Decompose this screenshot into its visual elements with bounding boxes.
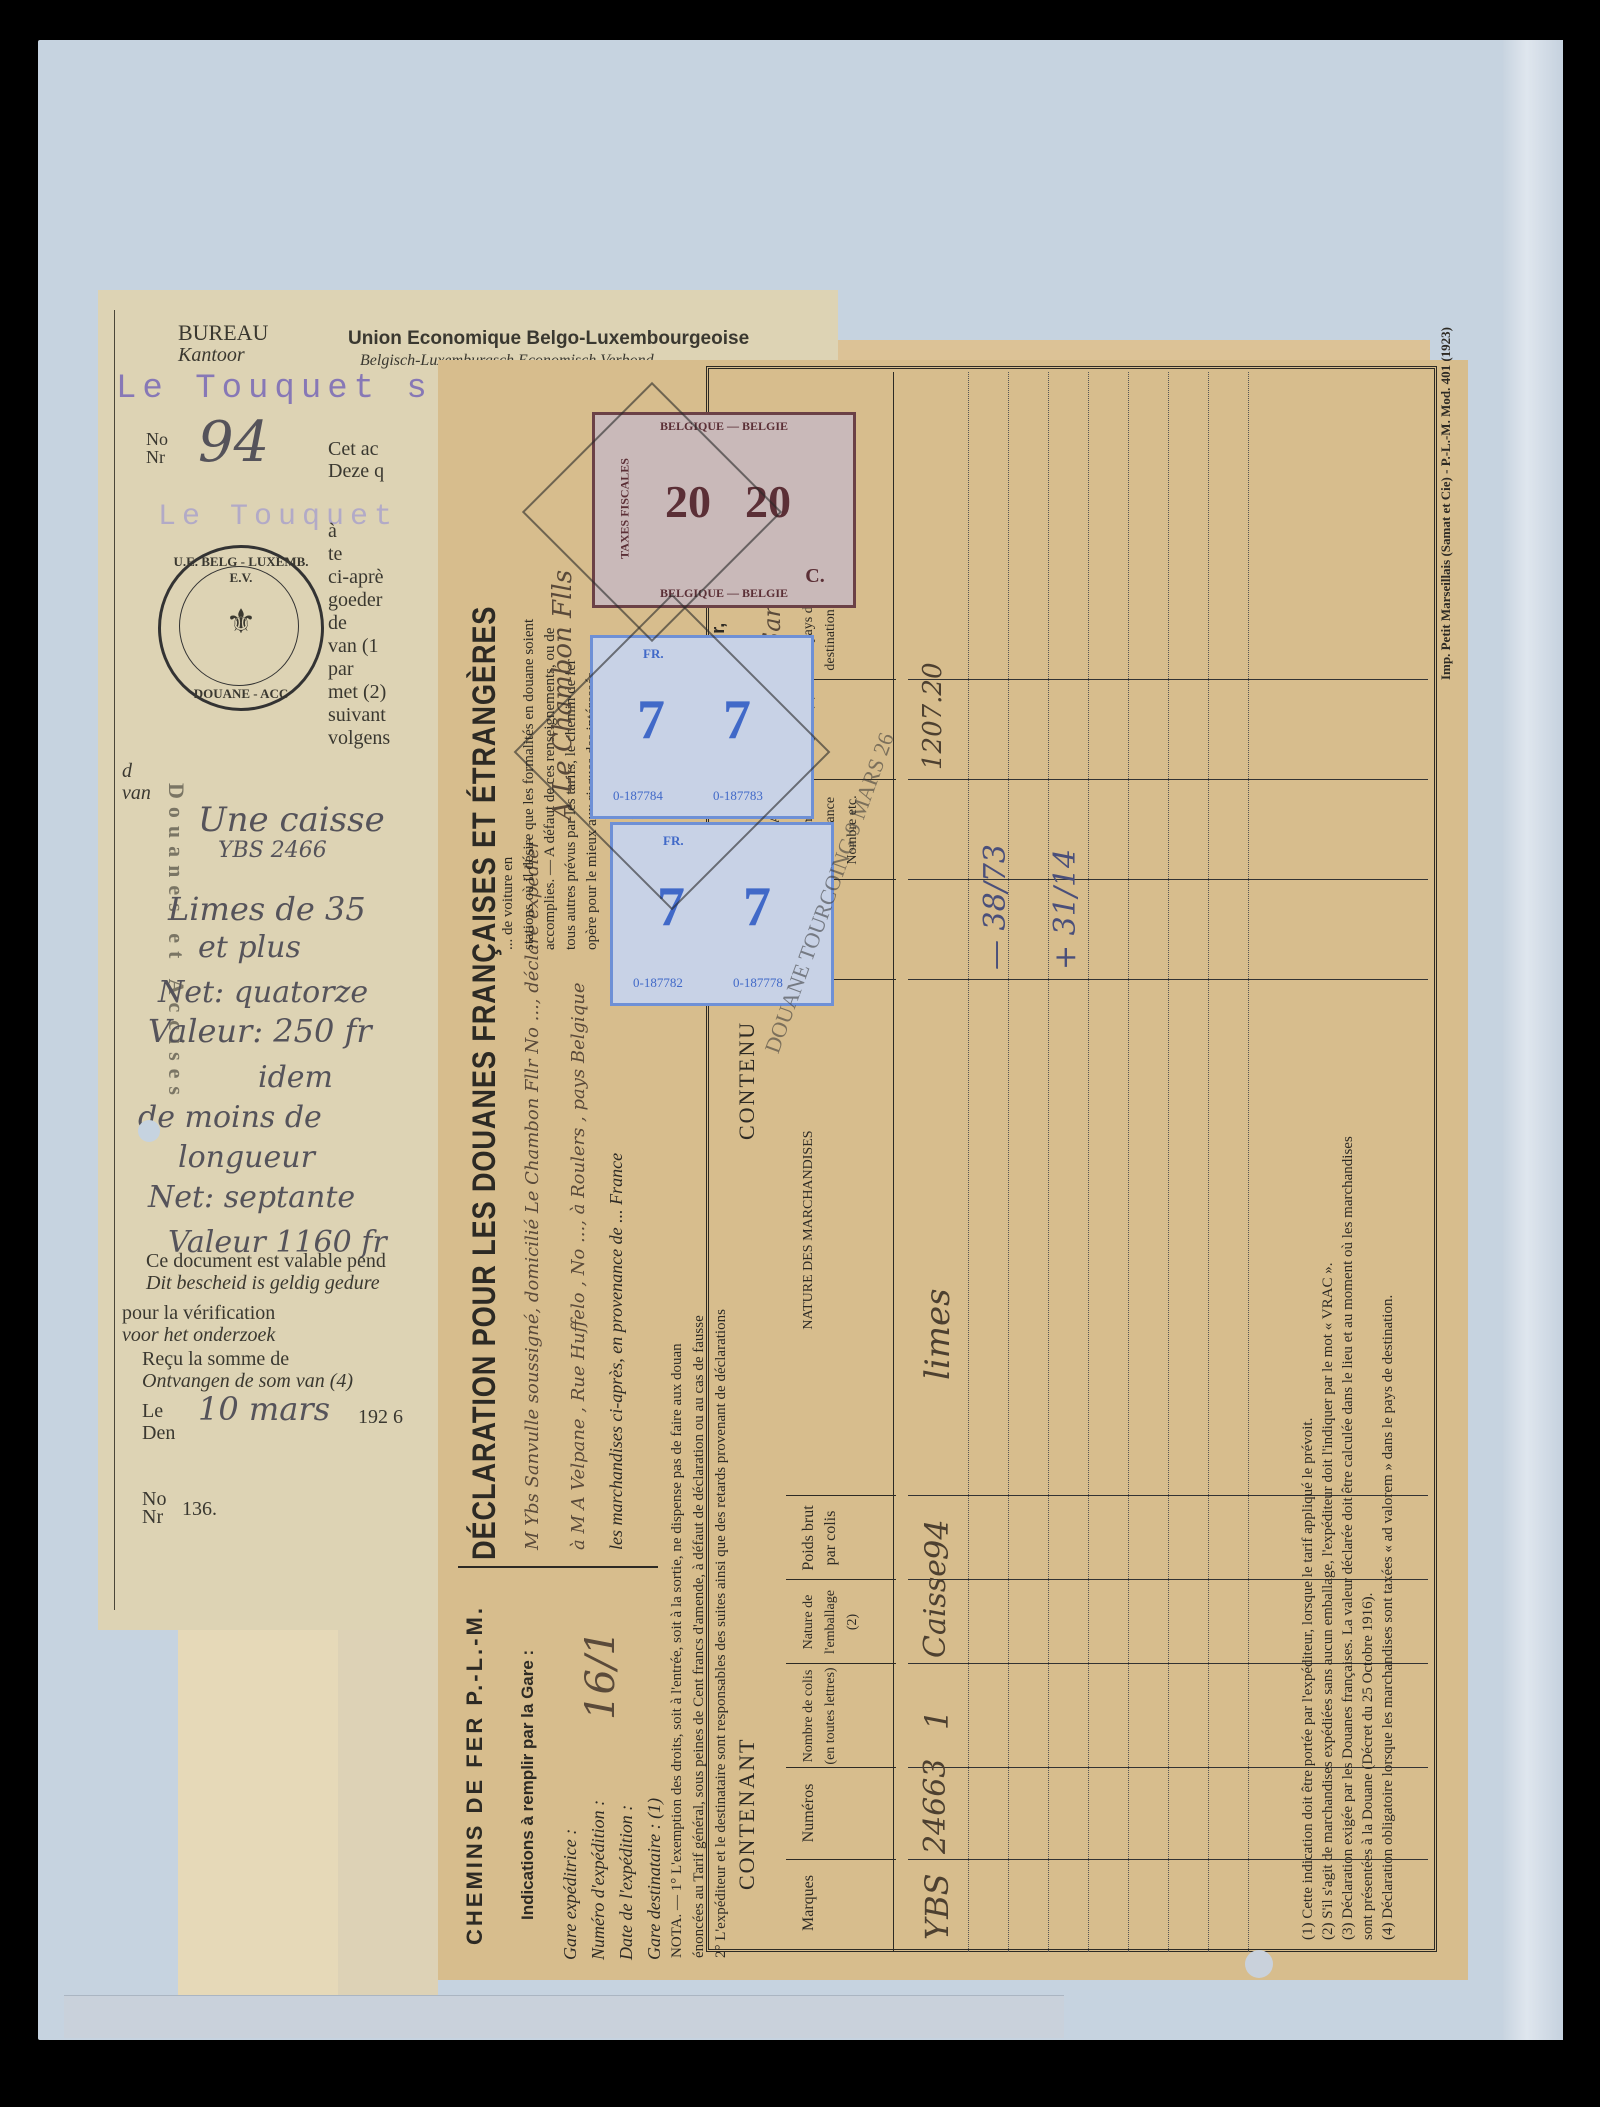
col-numeros: Numéros (798, 1768, 820, 1858)
cell-poids-brut: 94 (918, 1519, 956, 1560)
bureau-label: BUREAU (178, 320, 268, 346)
side-labels: à te ci-aprè goeder de van (1 par met (2… (328, 520, 390, 750)
goods-origin-line: les marchandises ci-après, en provenance… (606, 1153, 627, 1550)
received-nl: Ontvangen de som van (4) (142, 1370, 353, 1392)
railway-title: CHEMINS DE FER P.-L.-M. (462, 1605, 488, 1945)
handwriting-line: et plus (198, 930, 301, 965)
validity-fr: Ce document est valable pend (146, 1250, 386, 1272)
handwriting-line: Une caisse (198, 800, 385, 840)
office-stamp: Le Touquet s (116, 370, 433, 408)
number-value: 94 (198, 410, 269, 475)
col-poids-brut: Poids brut par colis (798, 1498, 842, 1578)
d-van-label: d van (122, 760, 151, 804)
sleeve-edge (1503, 40, 1563, 2040)
handwriting-line: YBS 2466 (218, 838, 327, 863)
col-nombre: Nombre de colis (en toutes lettres) (798, 1666, 842, 1766)
handwriting-line: idem (258, 1060, 333, 1095)
coat-of-arms-icon: ⚜ (211, 598, 271, 648)
cell-poids-net-1: — 38/73 (978, 844, 1013, 970)
cell-poids-net-2: + 31/14 (1048, 849, 1083, 970)
backing-card-2 (338, 1600, 438, 2000)
handwriting-line: Limes de 35 (168, 890, 366, 928)
contenu-heading: CONTENU (734, 1021, 760, 1140)
cell-nombre: 1 (918, 1710, 956, 1730)
col-nature-emballage: Nature de l'emballage (2) (798, 1582, 864, 1662)
vertical-text: Douanes et Accises (163, 783, 189, 1103)
date-label: Le Den (142, 1400, 175, 1444)
stamp-serial: 0-187782 (633, 975, 683, 991)
margin-line (114, 310, 115, 1610)
seal-top-text: U.E. BELG - LUXEMB. E.V. (161, 554, 321, 586)
cet-text: Cet ac Deze q (328, 438, 384, 482)
verification-nl: voor het onderzoek (122, 1324, 275, 1346)
backing-card-1 (178, 1600, 338, 2000)
separator (458, 1566, 658, 1568)
verification-fr: pour la vérification (122, 1302, 275, 1324)
customs-seal: U.E. BELG - LUXEMB. E.V. ⚜ DOUANE - ACC (158, 545, 324, 711)
gare-field-4: Gare destinataire : (1) (640, 1798, 668, 1960)
stamp-serial: 0-187778 (733, 975, 783, 991)
doc-number: 136. (182, 1498, 217, 1521)
gare-field-3: Date de l'expédition : (612, 1805, 640, 1960)
gare-field-1: Gare expéditrice : (556, 1829, 584, 1960)
seal-bottom-text: DOUANE - ACC (161, 686, 321, 702)
punch-hole (138, 1120, 160, 1142)
col-marques: Marques (798, 1860, 820, 1946)
cell-numeros: 24663 (918, 1759, 953, 1854)
recipient-line: à M A Velpane , Rue Huffelo , No ..., à … (568, 982, 589, 1550)
handwriting-line: de moins de (138, 1100, 322, 1135)
doc-number-label: No Nr (142, 1490, 166, 1526)
col-nature-marchandises: NATURE DES MARCHANDISES (798, 1080, 820, 1380)
footnotes: (1) Cette indication doit être portée pa… (1298, 1136, 1398, 1940)
handwriting-line: longueur (178, 1140, 315, 1175)
indications-heading: Indications à remplir par la Gare : (518, 1650, 538, 1920)
date-value: 10 mars (198, 1390, 330, 1428)
stamp-value: 7 (743, 875, 771, 939)
handwriting-line: Valeur: 250 fr (148, 1012, 372, 1050)
handwriting-line: Net: septante (148, 1180, 355, 1215)
cell-valeur-francaise: 1207.20 (918, 662, 948, 770)
union-title: Union Economique Belgo-Luxembourgeoise (348, 328, 749, 350)
contenant-heading: CONTENANT (734, 1738, 760, 1890)
expedition-number: 16/1 (578, 1630, 624, 1720)
handwriting-line: Net: quatorze (158, 975, 368, 1010)
printer-imprint: Imp. Petit Marseillais (Samat et Cie) - … (1438, 327, 1454, 680)
sleeve-pocket-edge (64, 1995, 1064, 2038)
cell-nature-emballage: Caisse (918, 1559, 953, 1658)
gare-field-2: Numéro d'expédition : (584, 1800, 612, 1960)
cell-marchandises: limes (918, 1288, 958, 1380)
stamp-unit: C. (795, 565, 835, 588)
cell-marques: YBS (918, 1873, 956, 1940)
received-fr: Reçu la somme de (142, 1348, 289, 1370)
kantoor-label: Kantoor (178, 344, 245, 367)
number-label: No Nr (146, 430, 168, 466)
validity-nl: Dit bescheid is geldig gedure (146, 1272, 380, 1294)
year-value: 192 6 (358, 1406, 403, 1429)
punch-hole (1245, 1950, 1273, 1978)
